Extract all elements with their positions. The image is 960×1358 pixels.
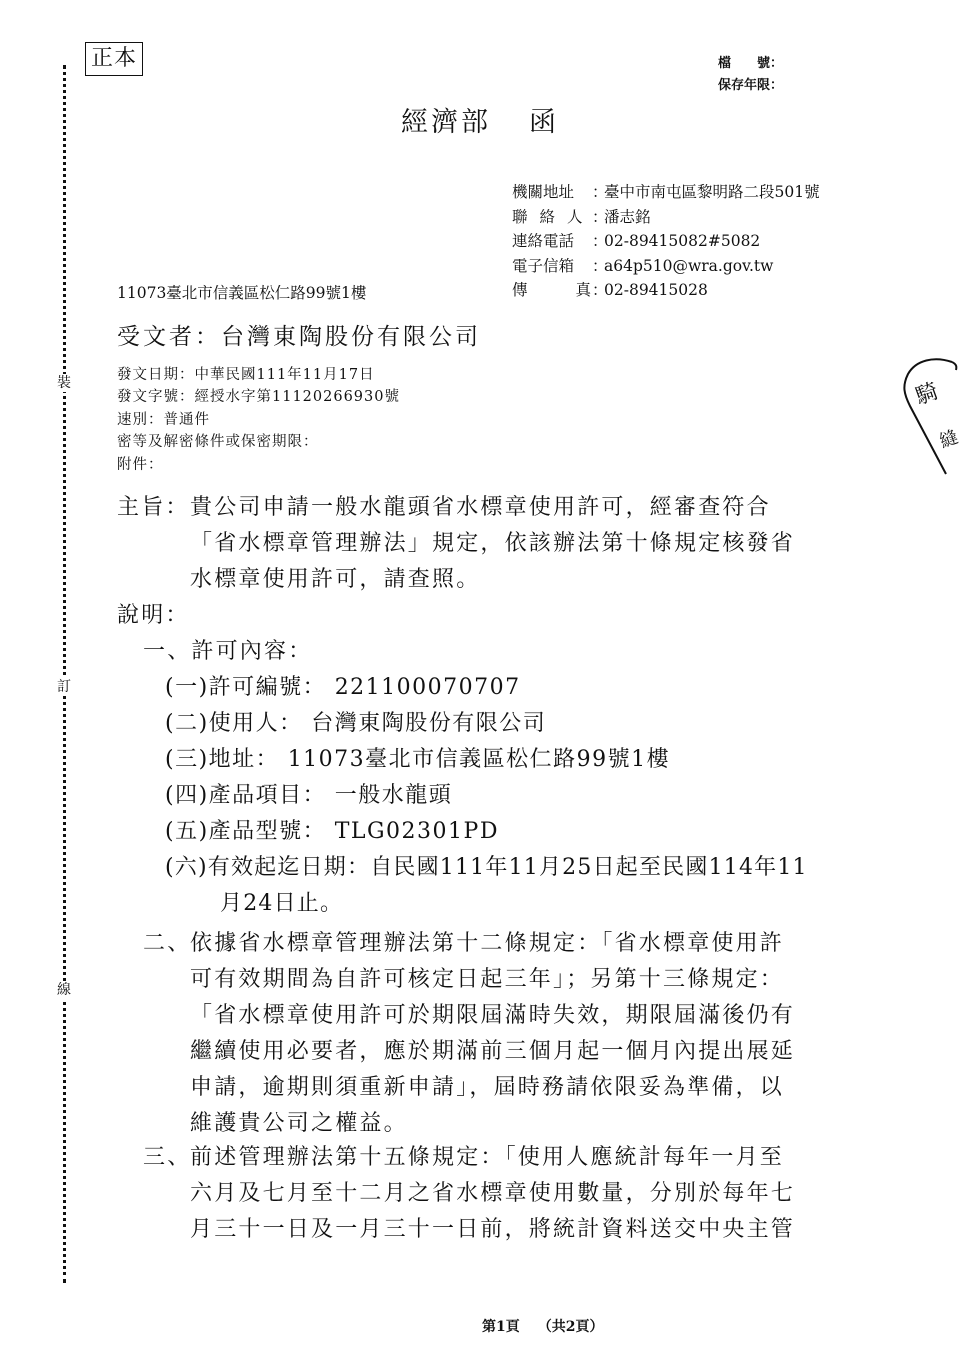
page-number: 第1頁 xyxy=(482,1319,520,1335)
subject-line: 貴公司申請一般水龍頭省水標章使用許可，經審查符合 xyxy=(190,490,795,526)
permit-item-product: (四)產品項目： 一般水龍頭 xyxy=(165,778,452,814)
permit-product-value: 一般水龍頭 xyxy=(335,783,453,808)
section-title: 許可內容： xyxy=(191,639,312,664)
contact-phone[interactable]: 02-89415082#5082 xyxy=(604,229,760,254)
permit-model-value: TLG02301PD xyxy=(335,819,499,844)
document-meta: 發文日期：中華民國111年11月17日 發文字號：經授水字第1112026693… xyxy=(117,364,400,476)
section-1-heading: 一、許可內容： xyxy=(143,634,312,670)
seam-seal-stamp: 騎 縫 xyxy=(894,350,960,475)
permit-address-value: 11073臺北市信義區松仁路99號1樓 xyxy=(288,747,670,772)
permit-item-address: (三)地址： 11073臺北市信義區松仁路99號1樓 xyxy=(165,742,670,778)
original-copy-stamp: 正本 xyxy=(85,42,143,76)
contact-label: 機關地址 xyxy=(512,180,592,205)
seal-outline-icon: 騎 縫 xyxy=(894,350,960,475)
permit-user-value: 台灣東陶股份有限公司 xyxy=(311,711,546,736)
section-2-number: 二、 xyxy=(143,926,191,962)
binding-mark-zhuang: 裝 xyxy=(53,374,75,392)
document-number: 發文字號：經授水字第11120266930號 xyxy=(117,386,400,408)
file-meta: 檔 號： 保存年限： xyxy=(718,53,783,97)
recipient-name: 台灣東陶股份有限公司 xyxy=(221,324,481,350)
contact-address-row: 機關地址：臺中市南屯區黎明路二段501號 xyxy=(512,180,820,205)
binding-dotted-line xyxy=(63,65,66,1283)
contact-address: 臺中市南屯區黎明路二段501號 xyxy=(604,180,820,205)
permit-validity-value: 自民國111年11月25日起至民國114年11 xyxy=(370,855,808,880)
contact-label: 傳真 xyxy=(512,278,592,303)
subject-line: 水標章使用許可，請查照。 xyxy=(190,562,795,598)
subject-text: 貴公司申請一般水龍頭省水標章使用許可，經審查符合 「省水標章管理辦法」規定，依該… xyxy=(190,490,795,598)
retention-label: 保存年限： xyxy=(718,75,783,97)
permit-item-validity: (六)有效起迄日期：自民國111年11月25日起至民國114年11 xyxy=(165,850,808,886)
contact-fax-row: 傳真：02-89415028 xyxy=(512,278,820,303)
issue-date: 發文日期：中華民國111年11月17日 xyxy=(117,364,400,386)
attachments: 附件： xyxy=(117,454,400,476)
contact-phone-row: 連絡電話：02-89415082#5082 xyxy=(512,229,820,254)
agency-name: 經濟部 xyxy=(401,107,491,138)
binding-mark-xian: 線 xyxy=(53,981,75,999)
explanation-label: 說明： xyxy=(117,598,190,634)
contact-label: 連絡電話 xyxy=(512,229,592,254)
permit-item-user: (二)使用人： 台灣東陶股份有限公司 xyxy=(165,706,546,742)
subject-label: 主旨： xyxy=(117,490,190,526)
page-footer: 第1頁（共2頁） xyxy=(482,1316,604,1336)
section-number: 一、 xyxy=(143,639,191,664)
contact-email-row: 電子信箱：a64p510@wra.gov.tw xyxy=(512,254,820,279)
svg-text:縫: 縫 xyxy=(937,426,960,452)
contact-person-row: 聯絡人：潘志銘 xyxy=(512,205,820,230)
svg-text:騎: 騎 xyxy=(911,379,941,410)
permit-number-value: 221100070707 xyxy=(335,675,521,700)
contact-label: 電子信箱 xyxy=(512,254,592,279)
binding-mark-ding: 訂 xyxy=(53,678,75,696)
permit-item-model: (五)產品型號： TLG02301PD xyxy=(165,814,499,850)
section-3-number: 三、 xyxy=(143,1140,191,1176)
recipient: 受文者：台灣東陶股份有限公司 xyxy=(117,318,481,351)
document-title: 經濟部函 xyxy=(401,100,559,139)
page-total: （共2頁） xyxy=(538,1319,604,1335)
contact-email[interactable]: a64p510@wra.gov.tw xyxy=(604,254,773,279)
subject-line: 「省水標章管理辦法」規定，依該辦法第十條規定核發省 xyxy=(190,526,795,562)
recipient-address: 11073臺北市信義區松仁路99號1樓 xyxy=(117,281,366,303)
file-number-label: 檔 號： xyxy=(718,53,783,75)
contact-label: 聯絡人 xyxy=(512,205,592,230)
classification: 密等及解密條件或保密期限： xyxy=(117,431,400,453)
recipient-label: 受文者： xyxy=(117,324,221,350)
section-3-text: 前述管理辦法第十五條規定：「使用人應統計每年一月至 六月及七月至十二月之省水標章… xyxy=(190,1140,795,1248)
permit-validity-continuation: 月24日止。 xyxy=(220,886,343,922)
contact-block: 機關地址：臺中市南屯區黎明路二段501號 聯絡人：潘志銘 連絡電話：02-894… xyxy=(512,180,820,303)
contact-person: 潘志銘 xyxy=(604,205,651,230)
doc-type: 函 xyxy=(529,107,559,138)
section-2-text: 依據省水標章管理辦法第十二條規定：「省水標章使用許 可有效期間為自許可核定日起三… xyxy=(190,926,795,1142)
permit-item-number: (一)許可編號： 221100070707 xyxy=(165,670,521,706)
urgency: 速別：普通件 xyxy=(117,409,400,431)
contact-fax: 02-89415028 xyxy=(604,278,708,303)
